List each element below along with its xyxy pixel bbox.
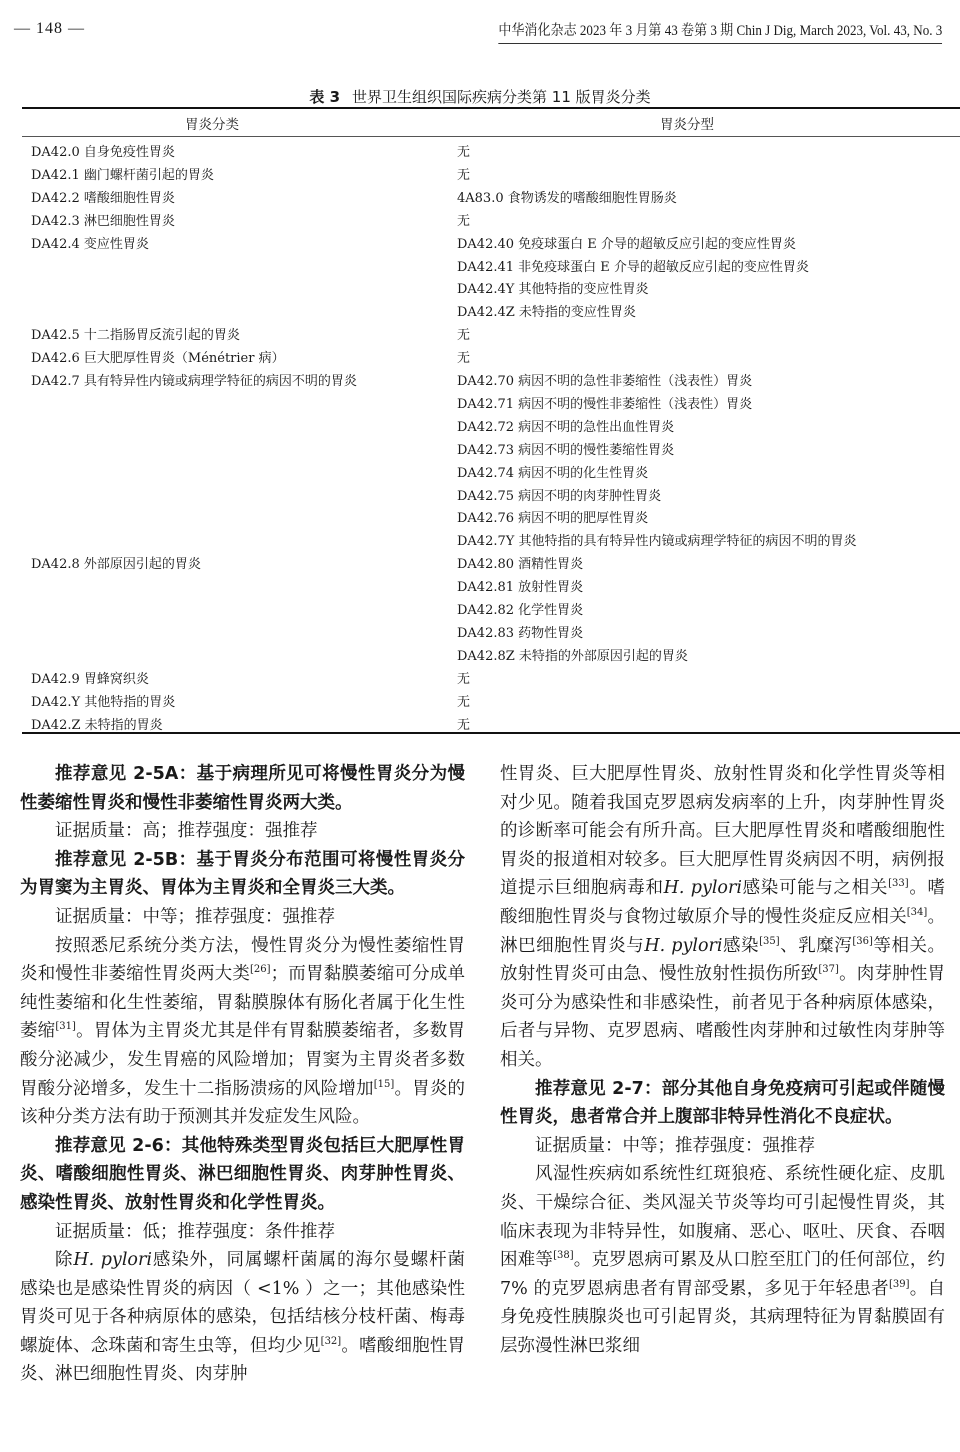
cell-subtype: 无 [457,714,470,733]
table-row: DA42.5 十二指肠胃反流引起的胃炎无 [0,321,960,344]
table-row: DA42.4 变应性胃炎DA42.40 免疫球蛋白 E 介导的超敏反应引起的变应… [0,230,960,253]
recommendation-2-7: 推荐意见 2-7：部分其他自身免疫病可引起或伴随慢性胃炎，患者常合并上腹部非特异… [500,1075,945,1132]
cell-category: DA42.0 自身免疫性胃炎 [31,141,175,160]
paragraph-infectious-gastritis: 除H. pylori感染外，同属螺杆菌属的海尔曼螺杆菌感染也是感染性胃炎的病因（… [20,1246,465,1389]
citation: [34] [907,907,928,918]
cell-subtype: DA42.4Y 其他特指的变应性胃炎 [457,278,648,297]
cell-subtype: DA42.72 病因不明的急性出血性胃炎 [457,416,674,435]
column-header-category: 胃炎分类 [185,113,239,133]
table-row: DA42.75 病因不明的肉芽肿性胃炎 [0,482,960,505]
citation: [32] [321,1336,342,1347]
recommendation-2-5a: 推荐意见 2-5A：基于病理所见可将慢性胃炎分为慢性萎缩性胃炎和慢性非萎缩性胃炎… [20,760,465,817]
cell-category: DA42.9 胃蜂窝织炎 [31,668,149,687]
cell-subtype: DA42.4Z 未特指的变应性胃炎 [457,301,636,320]
table-row: DA42.6 巨大肥厚性胃炎（Ménétrier 病）无 [0,344,960,367]
cell-subtype: DA42.73 病因不明的慢性萎缩性胃炎 [457,439,674,458]
table-row: DA42.83 药物性胃炎 [0,619,960,642]
paragraph-sydney-classification: 按照悉尼系统分类方法，慢性胃炎分为慢性萎缩性胃炎和慢性非萎缩性胃炎两大类[26]… [20,932,465,1132]
cell-category: DA42.3 淋巴细胞性胃炎 [31,210,175,229]
cell-subtype: 4A83.0 食物诱发的嗜酸细胞性胃肠炎 [457,187,677,206]
table-row: DA42.2 嗜酸细胞性胃炎4A83.0 食物诱发的嗜酸细胞性胃肠炎 [0,184,960,207]
cell-subtype: 无 [457,164,470,183]
table-header-rule [22,136,960,137]
cell-category: DA42.1 幽门螺杆菌引起的胃炎 [31,164,214,183]
table-row: DA42.7Y 其他特指的具有特异性内镜或病理学特征的病因不明的胃炎 [0,527,960,550]
cell-category: DA42.5 十二指肠胃反流引起的胃炎 [31,324,240,343]
table-top-rule [22,107,960,109]
citation: [39] [889,1279,910,1290]
citation: [31] [55,1022,76,1033]
table-row: DA42.72 病因不明的急性出血性胃炎 [0,413,960,436]
citation: [38] [553,1250,574,1261]
cell-subtype: DA42.80 酒精性胃炎 [457,553,583,572]
citation: [36] [852,936,873,947]
cell-subtype: DA42.71 病因不明的慢性非萎缩性（浅表性）胃炎 [457,393,752,412]
cell-subtype: DA42.82 化学性胃炎 [457,599,583,618]
citation: [35] [759,936,780,947]
body-column-left: 推荐意见 2-5A：基于病理所见可将慢性胃炎分为慢性萎缩性胃炎和慢性非萎缩性胃炎… [20,760,465,1389]
table-row: DA42.Y 其他特指的胃炎无 [0,688,960,711]
citation: [37] [818,964,839,975]
table-row: DA42.4Z 未特指的变应性胃炎 [0,298,960,321]
citation: [26] [250,964,271,975]
citation: [33] [888,879,909,890]
table-label: 表 3 [309,88,340,106]
column-header-subtype: 胃炎分型 [660,113,714,133]
table-row: DA42.71 病因不明的慢性非萎缩性（浅表性）胃炎 [0,390,960,413]
table-row: DA42.9 胃蜂窝织炎无 [0,665,960,688]
evidence-2-5b: 证据质量：中等；推荐强度：强推荐 [20,903,465,932]
cell-subtype: DA42.8Z 未特指的外部原因引起的胃炎 [457,645,688,664]
cell-subtype: DA42.83 药物性胃炎 [457,622,583,641]
cell-subtype: 无 [457,141,470,160]
table-row: DA42.74 病因不明的化生性胃炎 [0,459,960,482]
cell-subtype: DA42.41 非免疫球蛋白 E 介导的超敏反应引起的变应性胃炎 [457,256,809,275]
cell-subtype: DA42.70 病因不明的急性非萎缩性（浅表性）胃炎 [457,370,752,389]
table-title: 世界卫生组织国际疾病分类第 11 版胃炎分类 [352,88,651,106]
paragraph-special-gastritis: 性胃炎、巨大肥厚性胃炎、放射性胃炎和化学性胃炎等相对少见。随着我国克罗恩病发病率… [500,760,945,1075]
table-row: DA42.41 非免疫球蛋白 E 介导的超敏反应引起的变应性胃炎 [0,253,960,276]
body-column-right: 性胃炎、巨大肥厚性胃炎、放射性胃炎和化学性胃炎等相对少见。随着我国克罗恩病发病率… [500,760,945,1360]
recommendation-2-5b: 推荐意见 2-5B：基于胃炎分布范围可将慢性胃炎分为胃窦为主胃炎、胃体为主胃炎和… [20,846,465,903]
table-row: DA42.7 具有特异性内镜或病理学特征的病因不明的胃炎DA42.70 病因不明… [0,367,960,390]
running-head: 中华消化杂志 2023 年 3 月第 43 卷第 3 期 Chin J Dig,… [498,19,942,44]
cell-subtype: DA42.76 病因不明的肥厚性胃炎 [457,507,648,526]
cell-subtype: DA42.81 放射性胃炎 [457,576,583,595]
table-caption: 表 3世界卫生组织国际疾病分类第 11 版胃炎分类 [0,86,960,107]
table-row: DA42.76 病因不明的肥厚性胃炎 [0,504,960,527]
cell-subtype: 无 [457,691,470,710]
table-row: DA42.4Y 其他特指的变应性胃炎 [0,275,960,298]
table-bottom-rule [22,732,960,734]
cell-subtype: 无 [457,347,470,366]
cell-category: DA42.2 嗜酸细胞性胃炎 [31,187,175,206]
recommendation-2-6: 推荐意见 2-6：其他特殊类型胃炎包括巨大肥厚性胃炎、嗜酸细胞性胃炎、淋巴细胞性… [20,1132,465,1218]
cell-category: DA42.4 变应性胃炎 [31,233,149,252]
cell-category: DA42.8 外部原因引起的胃炎 [31,553,201,572]
page-number: — 148 — [14,20,85,38]
table-row: DA42.0 自身免疫性胃炎无 [0,138,960,161]
table-row: DA42.81 放射性胃炎 [0,573,960,596]
table-row: DA42.Z 未特指的胃炎无 [0,711,960,734]
citation: [15] [374,1079,395,1090]
evidence-2-5a: 证据质量：高；推荐强度：强推荐 [20,817,465,846]
table-row: DA42.82 化学性胃炎 [0,596,960,619]
cell-subtype: DA42.40 免疫球蛋白 E 介导的超敏反应引起的变应性胃炎 [457,233,796,252]
cell-category: DA42.Y 其他特指的胃炎 [31,691,175,710]
cell-subtype: DA42.75 病因不明的肉芽肿性胃炎 [457,485,661,504]
cell-category: DA42.Z 未特指的胃炎 [31,714,163,733]
table-row: DA42.1 幽门螺杆菌引起的胃炎无 [0,161,960,184]
table-row: DA42.8Z 未特指的外部原因引起的胃炎 [0,642,960,665]
table-row: DA42.8 外部原因引起的胃炎DA42.80 酒精性胃炎 [0,550,960,573]
cell-subtype: 无 [457,668,470,687]
table-row: DA42.73 病因不明的慢性萎缩性胃炎 [0,436,960,459]
cell-subtype: DA42.74 病因不明的化生性胃炎 [457,462,648,481]
cell-subtype: DA42.7Y 其他特指的具有特异性内镜或病理学特征的病因不明的胃炎 [457,530,856,549]
cell-subtype: 无 [457,210,470,229]
cell-subtype: 无 [457,324,470,343]
cell-category: DA42.6 巨大肥厚性胃炎（Ménétrier 病） [31,347,285,366]
evidence-2-7: 证据质量：中等；推荐强度：强推荐 [500,1132,945,1161]
evidence-2-6: 证据质量：低；推荐强度：条件推荐 [20,1218,465,1247]
paragraph-autoimmune: 风湿性疾病如系统性红斑狼疮、系统性硬化症、皮肌炎、干燥综合征、类风湿关节炎等均可… [500,1160,945,1360]
table-row: DA42.3 淋巴细胞性胃炎无 [0,207,960,230]
cell-category: DA42.7 具有特异性内镜或病理学特征的病因不明的胃炎 [31,370,357,389]
